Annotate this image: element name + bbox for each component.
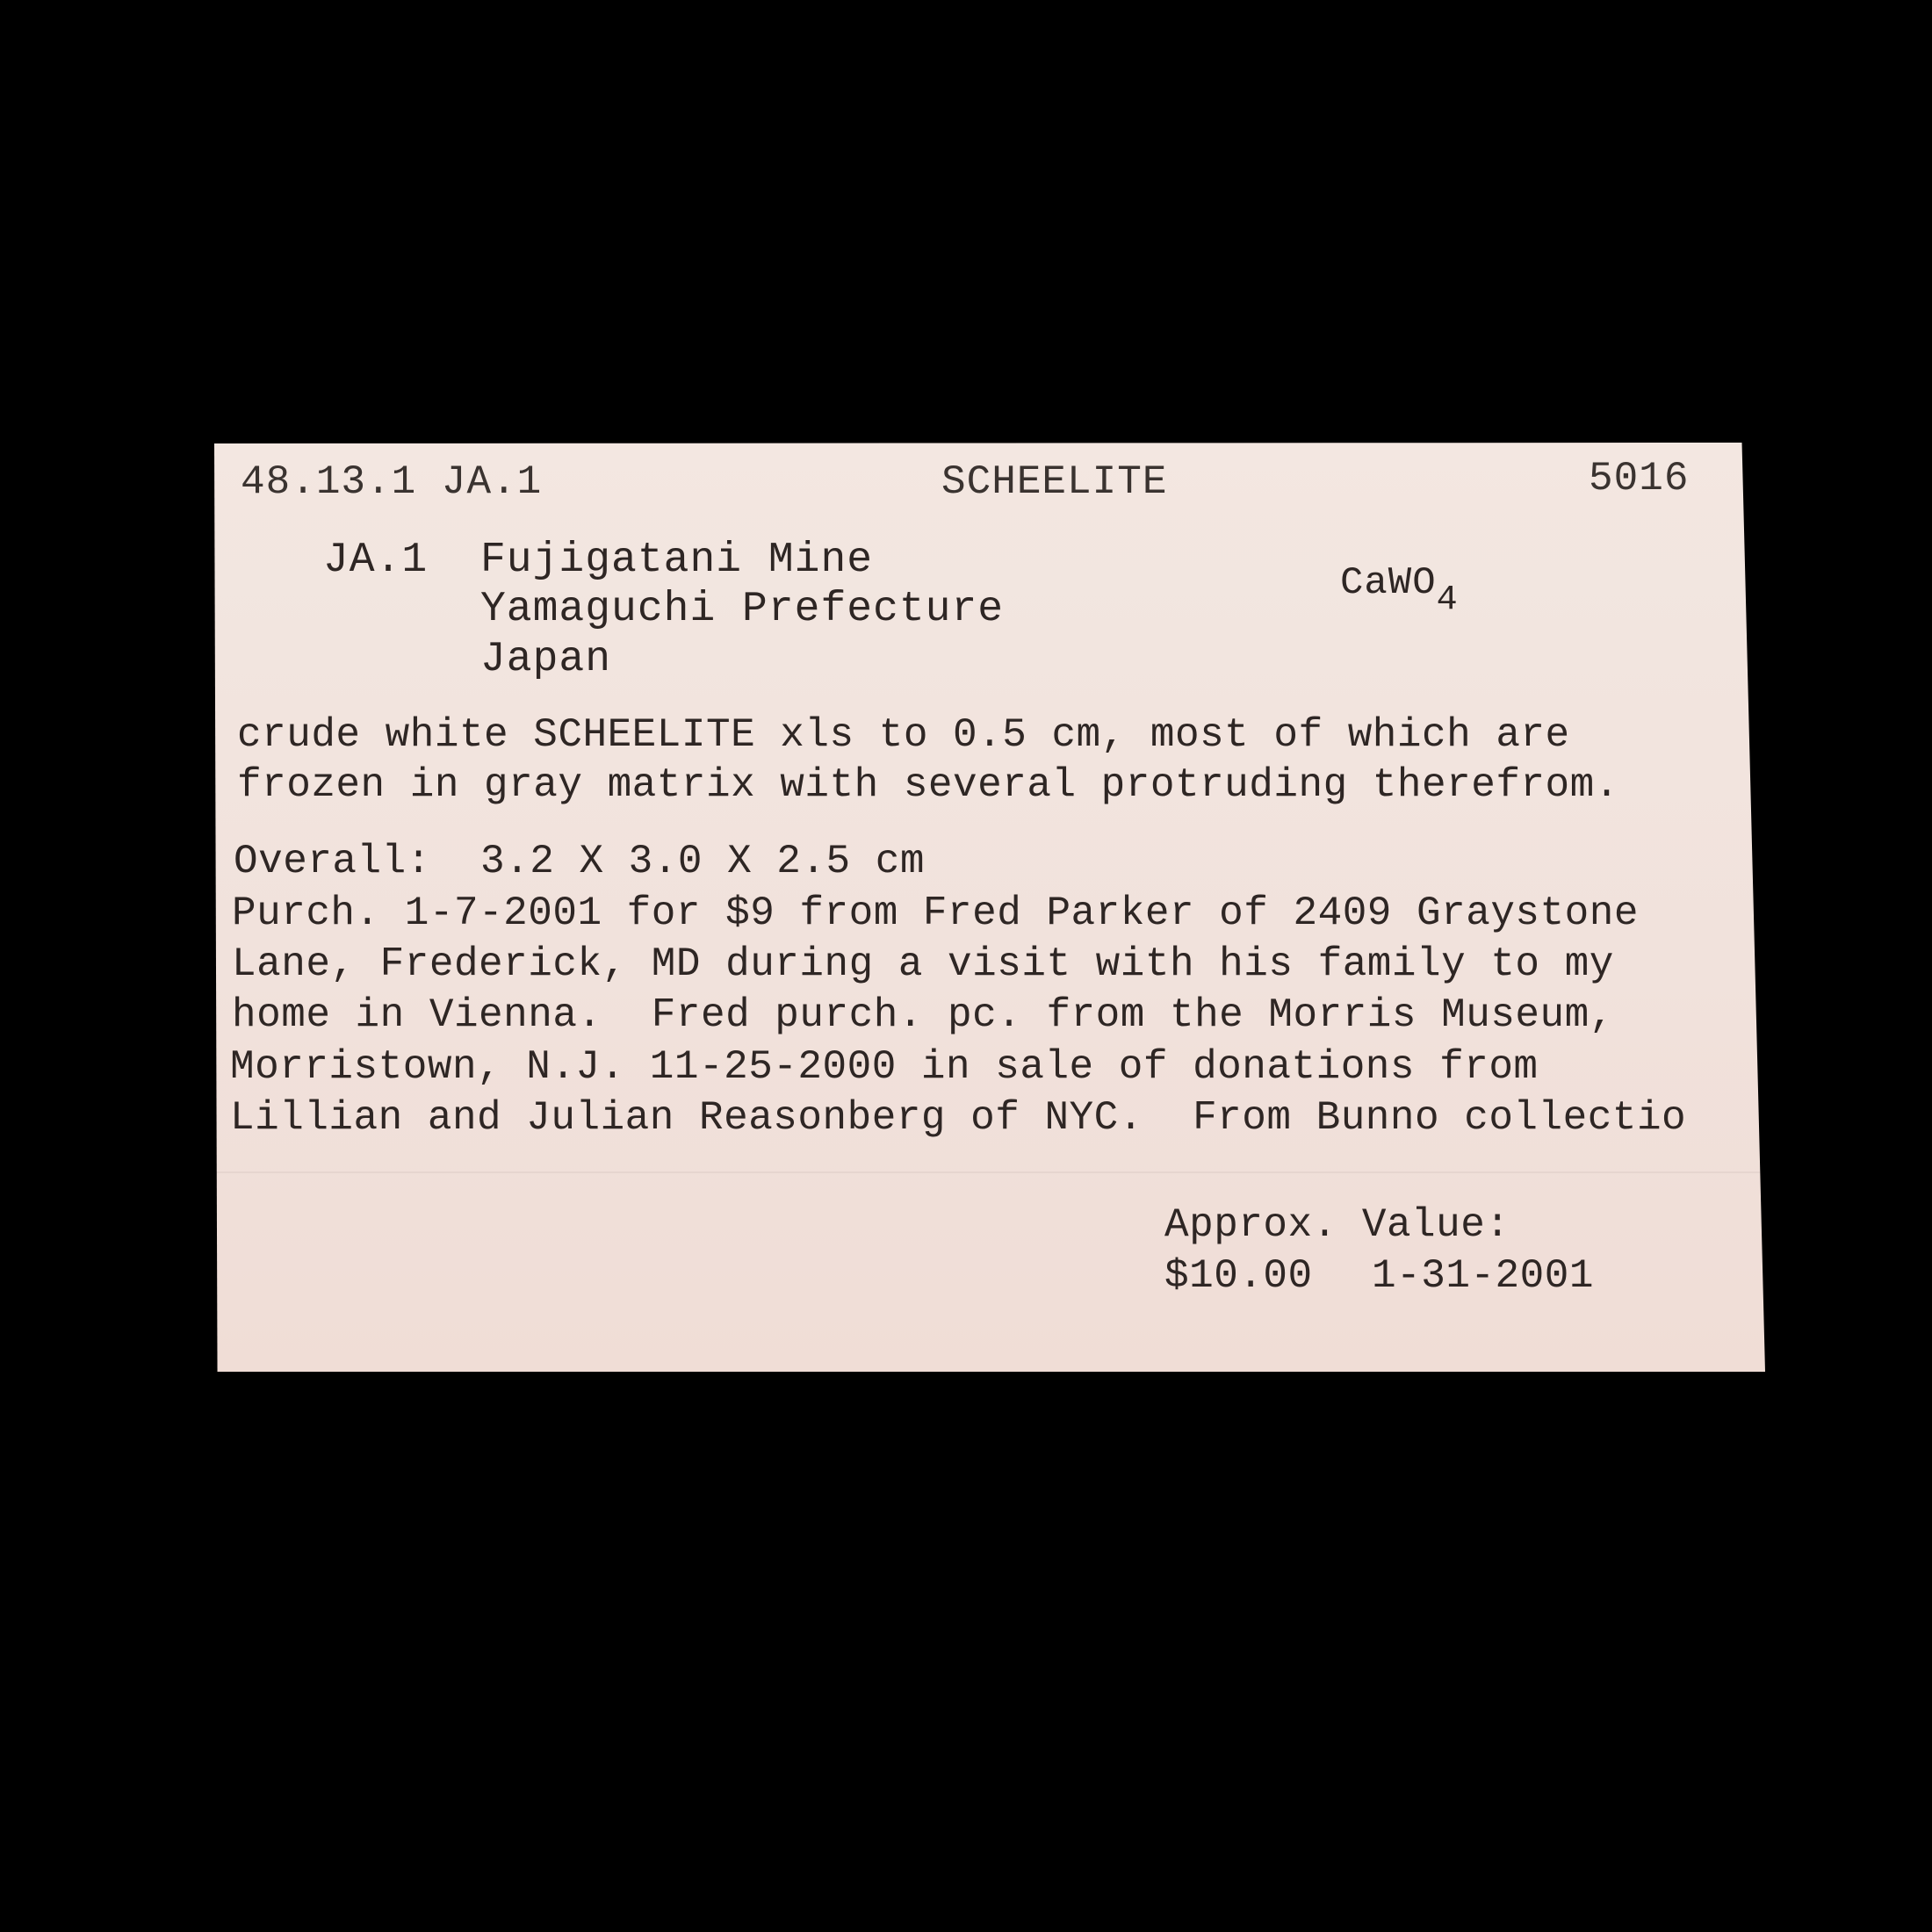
mineral-name: SCHEELITE [941, 462, 1167, 502]
locality-code: JA.1 [323, 539, 428, 581]
provenance-line: Purch. 1-7-2001 for $9 from Fred Parker … [232, 893, 1639, 934]
locality-line-prefecture: Yamaguchi Prefecture [480, 588, 1004, 631]
dimensions: Overall: 3.2 X 3.0 X 2.5 cm [234, 841, 925, 882]
provenance-line: Lane, Frederick, MD during a visit with … [232, 944, 1614, 984]
card-fold-crease [214, 1171, 1765, 1173]
formula-base: CaWO [1340, 561, 1437, 605]
specimen-number: 5016 [1589, 458, 1689, 499]
approx-value-date: 1-31-2001 [1372, 1256, 1594, 1296]
provenance-line: Morristown, N.J. 11-25-2000 in sale of d… [230, 1047, 1539, 1087]
formula-subscript: 4 [1437, 580, 1459, 620]
approx-value-label: Approx. Value: [1164, 1205, 1510, 1245]
provenance-line: Lillian and Julian Reasonberg of NYC. Fr… [230, 1098, 1686, 1138]
approx-value-amount: $10.00 [1164, 1256, 1313, 1296]
locality-line-country: Japan [480, 638, 611, 681]
specimen-catalog-card: 48.13.1 JA.1 SCHEELITE 5016 JA.1 Fujigat… [214, 443, 1765, 1372]
locality-line-mine: Fujigatani Mine [480, 539, 873, 581]
description-line: frozen in gray matrix with several protr… [237, 765, 1619, 805]
chemical-formula: CaWO4 [1340, 564, 1459, 602]
description-line: crude white SCHEELITE xls to 0.5 cm, mos… [237, 715, 1570, 755]
provenance-line: home in Vienna. Fred purch. pc. from the… [232, 995, 1614, 1035]
catalog-code: 48.13.1 JA.1 [241, 462, 542, 502]
